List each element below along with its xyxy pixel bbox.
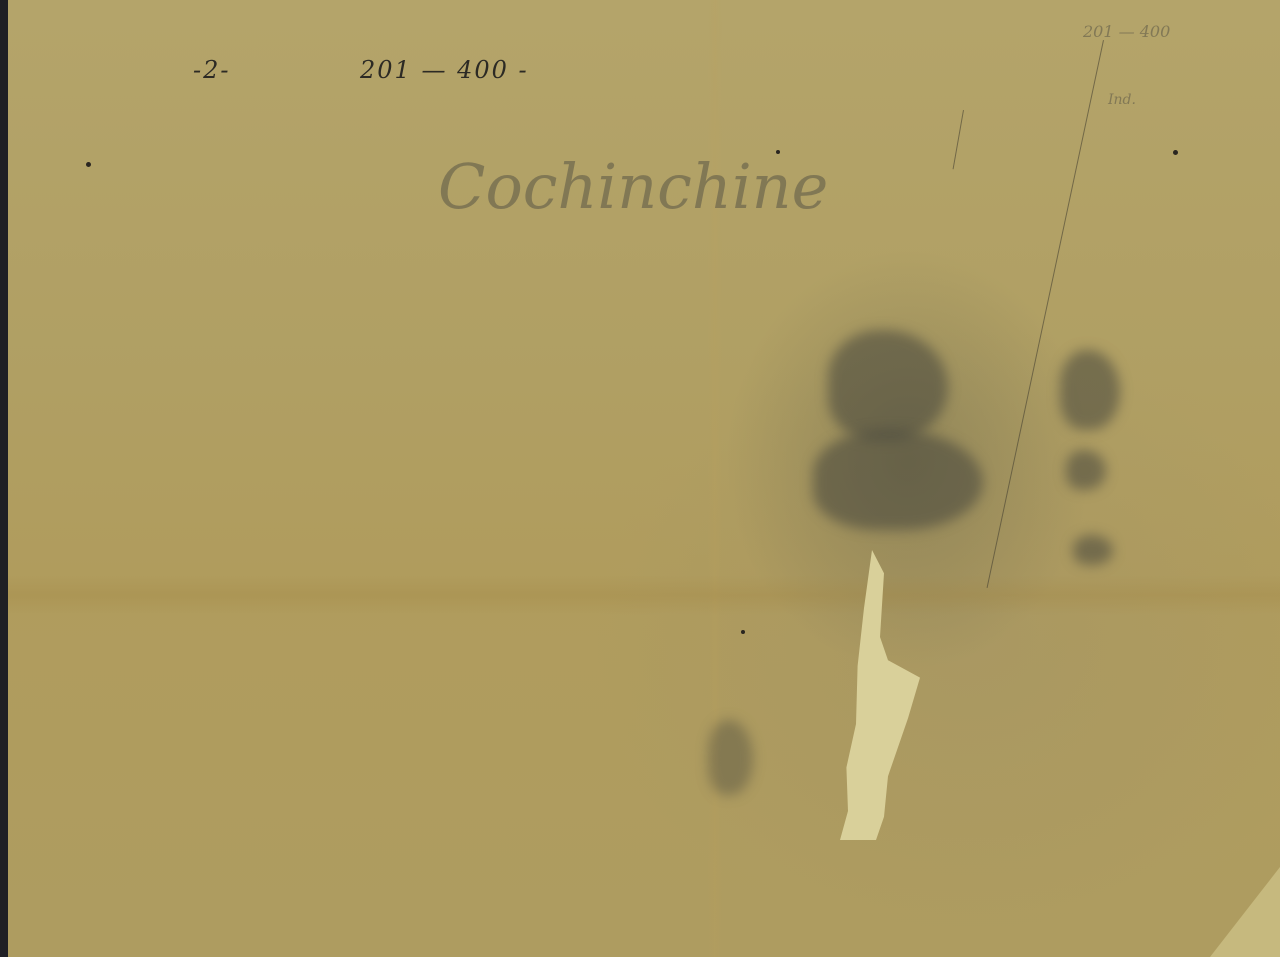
specks <box>741 630 745 634</box>
folder-range: 201 — 400 - <box>360 56 529 84</box>
folder-cover: -2- 201 — 400 - Cochinchine 201 — 400 In… <box>8 0 1280 957</box>
specks <box>776 150 780 154</box>
water-stain <box>1073 535 1113 565</box>
vertical-crease <box>708 0 722 957</box>
water-stain <box>813 430 983 530</box>
water-stain <box>708 720 753 795</box>
water-stain <box>1060 350 1120 430</box>
pencil-corner-note: Ind. <box>1108 92 1136 108</box>
corner-tear <box>1210 867 1280 957</box>
folder-number: -2- <box>193 56 231 84</box>
pencil-stroke <box>953 110 964 169</box>
specks <box>86 162 91 167</box>
horizontal-fold <box>8 575 1280 615</box>
water-stain <box>1066 450 1106 490</box>
specks <box>1173 150 1178 155</box>
pencil-stroke <box>987 40 1104 588</box>
scan-edge <box>0 0 8 957</box>
pencil-title: Cochinchine <box>438 150 828 223</box>
pencil-corner-range: 201 — 400 <box>1083 22 1170 41</box>
water-stain <box>828 330 948 440</box>
